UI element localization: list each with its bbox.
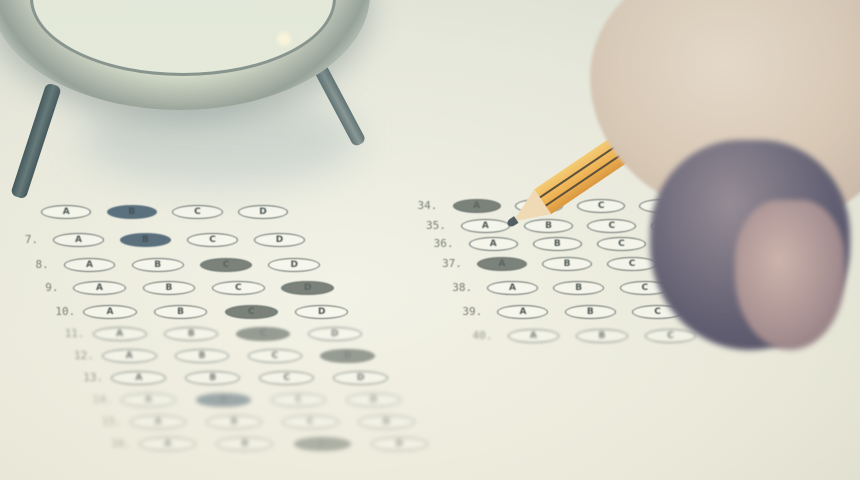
answer-bubble-a[interactable]: A: [508, 329, 560, 343]
question-number: 34.: [418, 199, 438, 212]
answer-bubble-a[interactable]: A: [83, 305, 136, 319]
answer-bubble-c[interactable]: C: [212, 281, 265, 295]
answer-bubble-c[interactable]: C: [294, 437, 351, 451]
answer-bubble-a[interactable]: A: [139, 437, 196, 451]
question-number: 7.: [25, 233, 38, 246]
answer-bubble-c[interactable]: C: [172, 205, 222, 219]
question-number: 15.: [102, 415, 122, 428]
answer-bubble-a[interactable]: A: [477, 257, 527, 271]
answer-bubble-d[interactable]: D: [295, 305, 348, 319]
answer-bubble-d[interactable]: D: [371, 437, 428, 451]
answer-bubble-a[interactable]: A: [121, 393, 177, 407]
answer-bubble-b[interactable]: B: [533, 237, 582, 251]
answer-bubble-b[interactable]: B: [120, 233, 171, 247]
question-number: 9.: [45, 281, 58, 294]
question-number: 39.: [462, 305, 482, 318]
fingertip: [735, 200, 845, 350]
answer-bubble-a[interactable]: A: [111, 371, 166, 385]
answer-bubble-c[interactable]: C: [577, 199, 625, 213]
clock-glint: [277, 32, 291, 46]
answer-bubble-d[interactable]: D: [281, 281, 334, 295]
answer-bubble-c[interactable]: C: [200, 258, 252, 272]
answer-bubble-b[interactable]: B: [107, 205, 157, 219]
answer-bubble-a[interactable]: A: [41, 205, 91, 219]
clock-shadow: [80, 95, 360, 185]
answer-bubble-b[interactable]: B: [216, 437, 273, 451]
answer-bubble-c[interactable]: C: [225, 305, 278, 319]
answer-bubble-d[interactable]: D: [254, 233, 305, 247]
photo-scene: ABCD7.ABCD8.ABCD9.ABCD10.ABCD11.ABCD12.A…: [0, 0, 860, 480]
answer-bubble-a[interactable]: A: [93, 327, 147, 341]
answer-bubble-d[interactable]: D: [268, 258, 320, 272]
answer-bubble-c[interactable]: C: [248, 349, 303, 363]
answer-bubble-b[interactable]: B: [154, 305, 207, 319]
answer-bubble-b[interactable]: B: [143, 281, 196, 295]
answer-bubble-d[interactable]: D: [320, 349, 375, 363]
answer-bubble-d[interactable]: D: [358, 415, 414, 429]
answer-bubble-a[interactable]: A: [73, 281, 126, 295]
answer-bubble-d[interactable]: D: [238, 205, 288, 219]
answer-bubble-b[interactable]: B: [565, 305, 616, 319]
answer-bubble-a[interactable]: A: [130, 415, 186, 429]
question-number: 8.: [36, 258, 49, 271]
answer-bubble-a[interactable]: A: [487, 281, 537, 295]
answer-bubble-b[interactable]: B: [196, 393, 252, 407]
question-number: 12.: [74, 349, 94, 362]
question-number: 13.: [83, 371, 103, 384]
answer-bubble-b[interactable]: B: [185, 371, 240, 385]
answer-bubble-c[interactable]: C: [645, 329, 697, 343]
answer-bubble-d[interactable]: D: [308, 327, 362, 341]
answer-bubble-b[interactable]: B: [576, 329, 628, 343]
answer-bubble-b[interactable]: B: [542, 257, 592, 271]
answer-bubble-c[interactable]: C: [597, 237, 646, 251]
question-number: 37.: [442, 257, 462, 270]
answer-bubble-b[interactable]: B: [175, 349, 230, 363]
answer-bubble-c[interactable]: C: [271, 393, 327, 407]
answer-bubble-c[interactable]: C: [282, 415, 338, 429]
answer-bubble-a[interactable]: A: [53, 233, 104, 247]
question-number: 11.: [65, 327, 85, 340]
answer-bubble-a[interactable]: A: [102, 349, 157, 363]
question-number: 35.: [426, 219, 446, 232]
question-number: 38.: [452, 281, 472, 294]
answer-bubble-c[interactable]: C: [587, 219, 636, 233]
answer-bubble-c[interactable]: C: [187, 233, 238, 247]
answer-bubble-b[interactable]: B: [132, 258, 184, 272]
answer-bubble-a[interactable]: A: [64, 258, 116, 272]
question-number: 16.: [111, 437, 131, 450]
question-number: 40.: [473, 329, 493, 342]
answer-bubble-d[interactable]: D: [333, 371, 388, 385]
answer-bubble-b[interactable]: B: [164, 327, 218, 341]
answer-bubble-a[interactable]: A: [453, 199, 501, 213]
answer-bubble-b[interactable]: B: [553, 281, 603, 295]
answer-bubble-a[interactable]: A: [469, 237, 518, 251]
question-number: 36.: [434, 237, 454, 250]
answer-bubble-c[interactable]: C: [236, 327, 290, 341]
answer-bubble-a[interactable]: A: [461, 219, 510, 233]
answer-bubble-c[interactable]: C: [607, 257, 657, 271]
answer-bubble-b[interactable]: B: [206, 415, 262, 429]
answer-bubble-d[interactable]: D: [346, 393, 402, 407]
question-number: 14.: [93, 393, 113, 406]
answer-bubble-c[interactable]: C: [259, 371, 314, 385]
question-number: 10.: [55, 305, 75, 318]
answer-bubble-a[interactable]: A: [497, 305, 548, 319]
